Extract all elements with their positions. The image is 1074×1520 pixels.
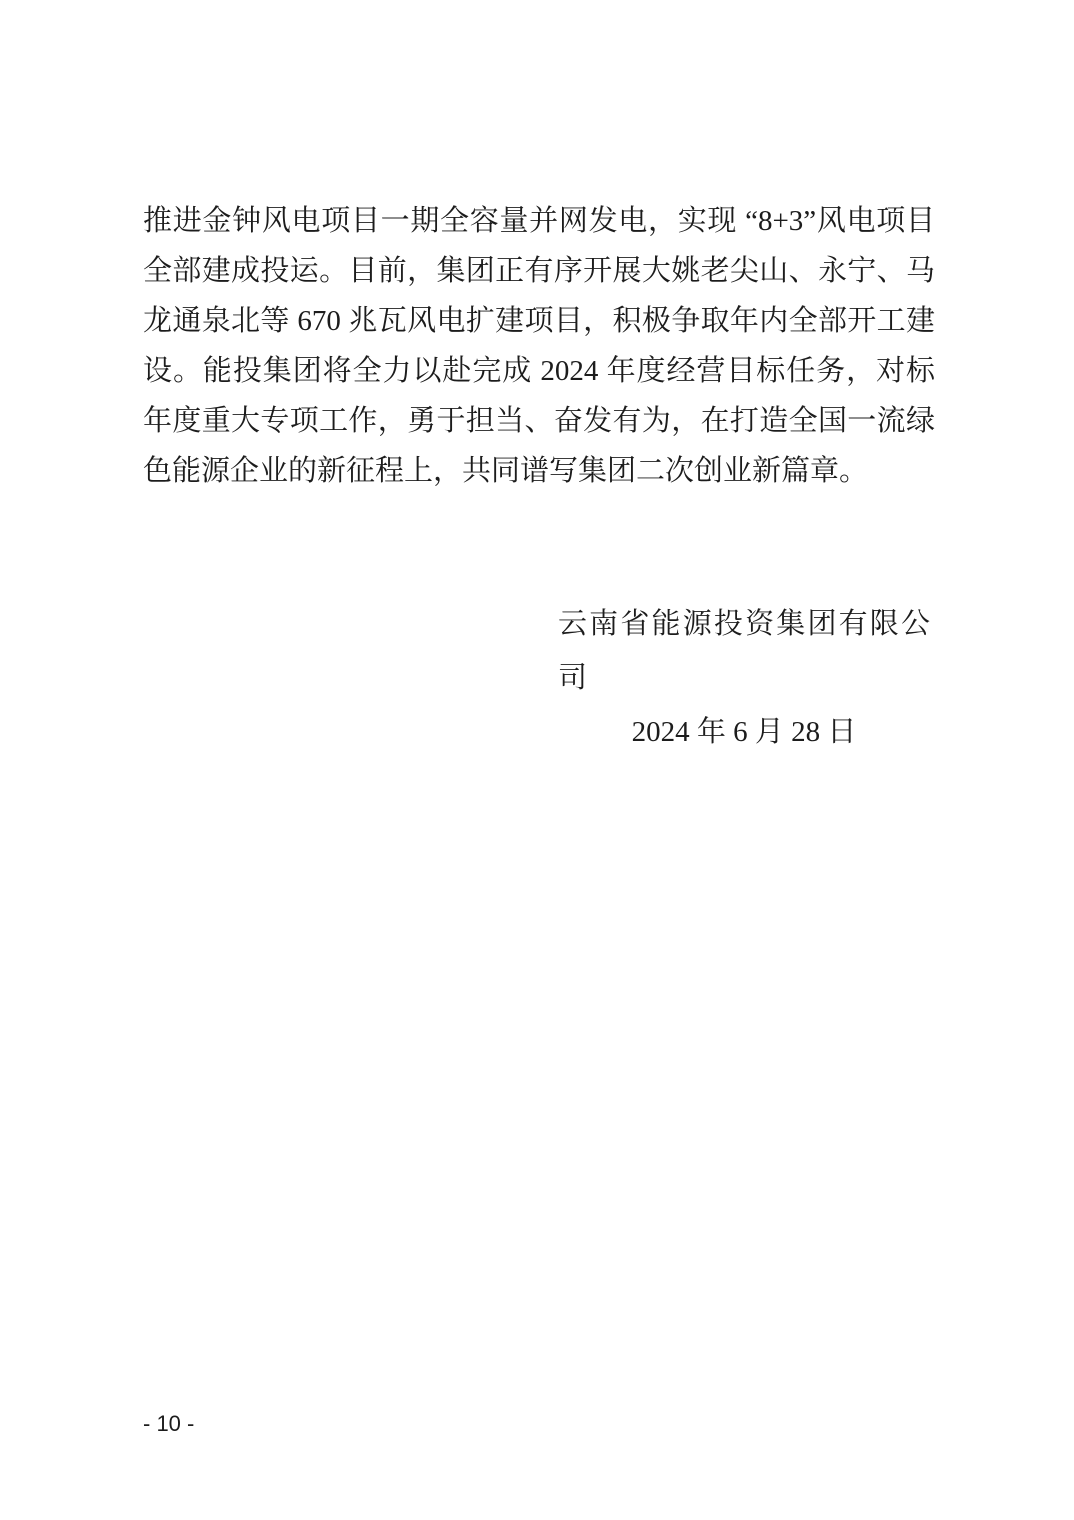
signature-company-name: 云南省能源投资集团有限公司 — [558, 597, 930, 705]
page-number: - 10 - — [143, 1410, 194, 1437]
body-line-3: 龙通泉北等 670 兆瓦风电扩建项目，积极争取年内全部开工建 — [143, 296, 935, 346]
body-line-6: 色能源企业的新征程上，共同谱写集团二次创业新篇章。 — [143, 446, 935, 496]
body-line-1: 推进金钟风电项目一期全容量并网发电，实现 “8+3”风电项目 — [143, 196, 935, 246]
body-line-4: 设。能投集团将全力以赴完成 2024 年度经营目标任务，对标 — [143, 346, 935, 396]
body-paragraph: 推进金钟风电项目一期全容量并网发电，实现 “8+3”风电项目 全部建成投运。目前… — [143, 196, 935, 496]
body-line-5: 年度重大专项工作，勇于担当、奋发有为，在打造全国一流绿 — [143, 396, 935, 446]
signature-block: 云南省能源投资集团有限公司 2024 年 6 月 28 日 — [558, 597, 930, 759]
document-page: 推进金钟风电项目一期全容量并网发电，实现 “8+3”风电项目 全部建成投运。目前… — [0, 0, 1074, 1520]
signature-date: 2024 年 6 月 28 日 — [558, 705, 930, 759]
body-line-2: 全部建成投运。目前，集团正有序开展大姚老尖山、永宁、马 — [143, 246, 935, 296]
